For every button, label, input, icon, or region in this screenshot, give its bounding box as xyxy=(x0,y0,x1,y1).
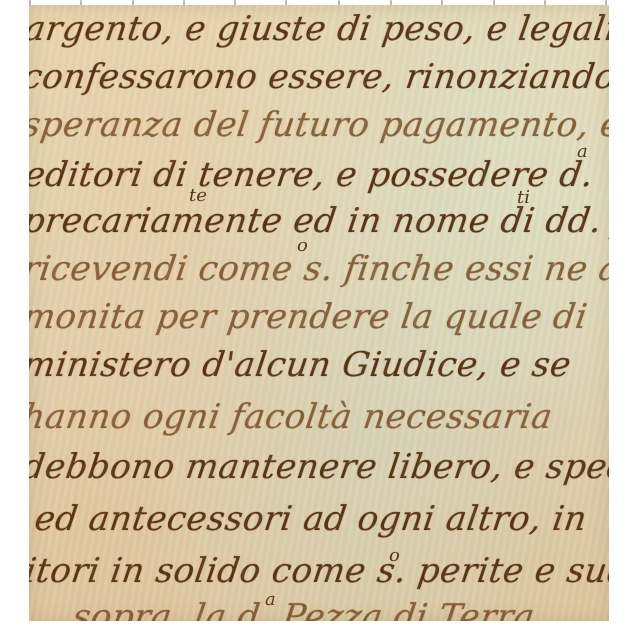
manuscript-line: itori in solido come s. perite e sua xyxy=(29,551,609,591)
superscript: a xyxy=(577,141,588,162)
manuscript-line: editori di tenere, e possedere d. xyxy=(29,155,596,195)
manuscript-line: ministero d'alcun Giudice, e se xyxy=(29,345,574,385)
manuscript-line: debbono mantenere libero, e spedi xyxy=(29,447,609,487)
manuscript-line: ricevendi come s. finche essi ne a xyxy=(29,249,609,289)
superscript: ti xyxy=(517,187,530,208)
manuscript-line: monita per prendere la quale di xyxy=(29,297,590,337)
superscript: te xyxy=(189,185,207,206)
superscript: a xyxy=(265,589,276,610)
manuscript-line: hanno ogni facoltà necessaria xyxy=(29,397,555,437)
manuscript-line: argento, e giuste di peso, e legali, in xyxy=(29,9,609,49)
manuscript-line: ed antecessori ad ogni altro, in xyxy=(32,499,589,539)
shower-curtain: argento, e giuste di peso, e legali, in … xyxy=(29,5,609,621)
manuscript-line: speranza del futuro pagamento, e xyxy=(29,105,609,145)
manuscript-line: confessarono essere, rinonziando a xyxy=(29,57,609,97)
manuscript-line: sopra, la d. Pezza di Terra xyxy=(70,597,537,621)
superscript: o xyxy=(297,235,308,256)
superscript: o xyxy=(389,545,400,566)
